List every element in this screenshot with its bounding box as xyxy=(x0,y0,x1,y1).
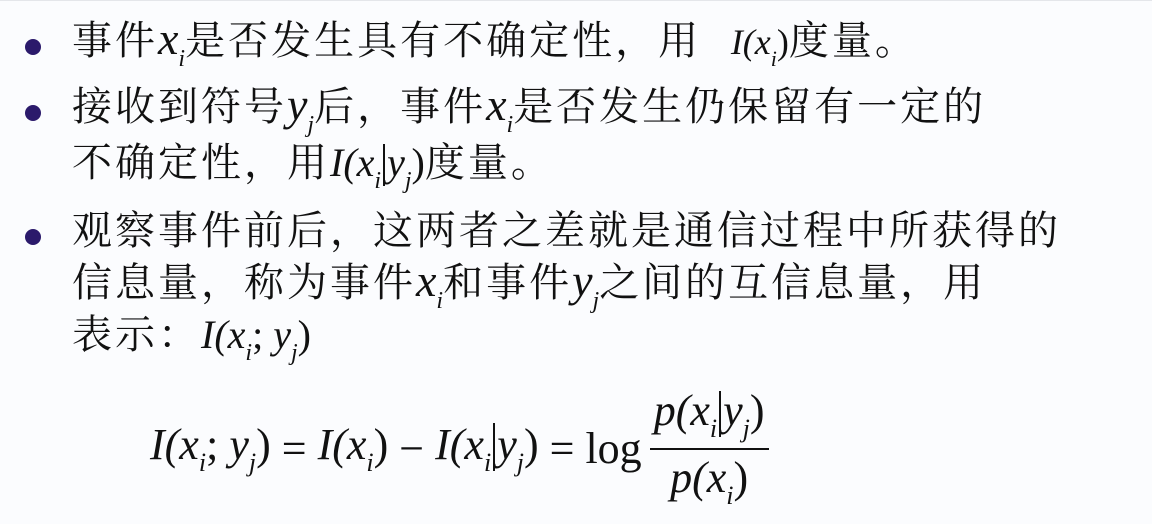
text: 接收到符号 xyxy=(72,84,287,130)
math-sub: i xyxy=(484,448,491,477)
formula-term-1: I(xi) xyxy=(318,419,389,478)
math-text: I(x xyxy=(318,420,367,469)
text: 表示： xyxy=(72,312,201,358)
math-sub: j xyxy=(291,340,298,366)
text: 是否发生仍保留有一定的 xyxy=(513,84,986,130)
math-text: ) xyxy=(750,386,765,435)
math-var: y xyxy=(287,79,307,130)
text: 度量。 xyxy=(425,140,554,186)
text: 后，事件 xyxy=(314,84,486,130)
math-text: ) xyxy=(256,420,271,469)
text: 信息量，称为事件 xyxy=(72,260,416,306)
equals-sign: = xyxy=(271,423,318,474)
bullet-3-line-3: 表示：I(xi; yj) xyxy=(72,311,311,377)
math-var: x xyxy=(486,79,506,130)
fraction: p(xiyj) p(xi) xyxy=(650,385,769,511)
math-text: ; xyxy=(206,420,229,469)
math-var: y xyxy=(572,255,592,306)
text: 度量。 xyxy=(789,18,918,64)
math-text: p(x xyxy=(670,453,726,502)
bullet-dot-icon xyxy=(25,105,41,121)
math-text: y xyxy=(387,140,405,185)
math-text: ) xyxy=(412,140,425,185)
text: 和事件 xyxy=(443,260,572,306)
minus-sign: − xyxy=(388,423,435,474)
math-text: y xyxy=(723,386,743,435)
math-text: y xyxy=(229,420,249,469)
math-sub: j xyxy=(743,414,750,443)
math-text: I(x xyxy=(731,22,771,62)
given-bar xyxy=(719,391,721,437)
equals-sign: = xyxy=(539,423,586,474)
math-text: I(x xyxy=(330,140,374,185)
math-var: x xyxy=(416,255,436,306)
math-sub: i xyxy=(374,168,381,194)
math-text: y xyxy=(497,420,517,469)
given-bar xyxy=(383,144,385,186)
math-text: ) xyxy=(374,420,389,469)
math-text: y xyxy=(273,312,291,357)
bullet-dot-icon xyxy=(25,229,41,245)
math-text: ; xyxy=(252,312,263,357)
math-text: ) xyxy=(777,22,789,62)
bullet-2-line-2: 不确定性，用I(xiyj)度量。 xyxy=(72,139,554,205)
math-text: ) xyxy=(298,312,311,357)
math-text: I(x xyxy=(150,420,199,469)
math-sub: i xyxy=(199,448,206,477)
log-operator: log xyxy=(585,423,641,474)
math-text: ) xyxy=(733,453,748,502)
bullet-3-line-1: 观察事件前后，这两者之差就是通信过程中所获得的 xyxy=(72,207,1061,255)
bullet-1-line-1: 事件xi是否发生具有不确定性，用 I(xi)度量。 xyxy=(72,15,918,83)
math-sub: j xyxy=(517,448,524,477)
text: 不确定性，用 xyxy=(72,140,330,186)
math-expr: I(xi; yj) xyxy=(201,312,311,357)
formula-lhs: I(xi; yj) xyxy=(150,419,271,478)
text: 观察事件前后，这两者之差就是通信过程中所获得的 xyxy=(72,208,1061,254)
slide: 事件xi是否发生具有不确定性，用 I(xi)度量。 接收到符号yj后，事件xi是… xyxy=(0,0,1152,524)
text: 事件 xyxy=(72,18,158,64)
math-sub: i xyxy=(366,448,373,477)
mutual-information-formula: I(xi; yj) = I(xi) − I(xiyj) = log p(xiyj… xyxy=(150,393,769,503)
math-sub: j xyxy=(405,168,412,194)
math-var: x xyxy=(158,13,178,64)
fraction-denominator: p(xi) xyxy=(670,450,748,511)
given-bar xyxy=(493,423,495,471)
math-expr: I(xiyj) xyxy=(330,140,425,185)
math-sub: j xyxy=(249,448,256,477)
math-sub: i xyxy=(710,414,717,443)
math-text: ) xyxy=(524,420,539,469)
bullet-dot-icon xyxy=(25,39,41,55)
formula-term-2: I(xiyj) xyxy=(435,419,539,478)
fraction-numerator: p(xiyj) xyxy=(650,385,769,450)
math-text: I(x xyxy=(435,420,484,469)
math-text: p(x xyxy=(654,386,710,435)
math-text: I(x xyxy=(201,312,245,357)
text: 是否发生具有不确定性，用 xyxy=(185,18,701,64)
math-expr: I(xi) xyxy=(731,22,789,62)
text: 之间的互信息量，用 xyxy=(599,260,986,306)
